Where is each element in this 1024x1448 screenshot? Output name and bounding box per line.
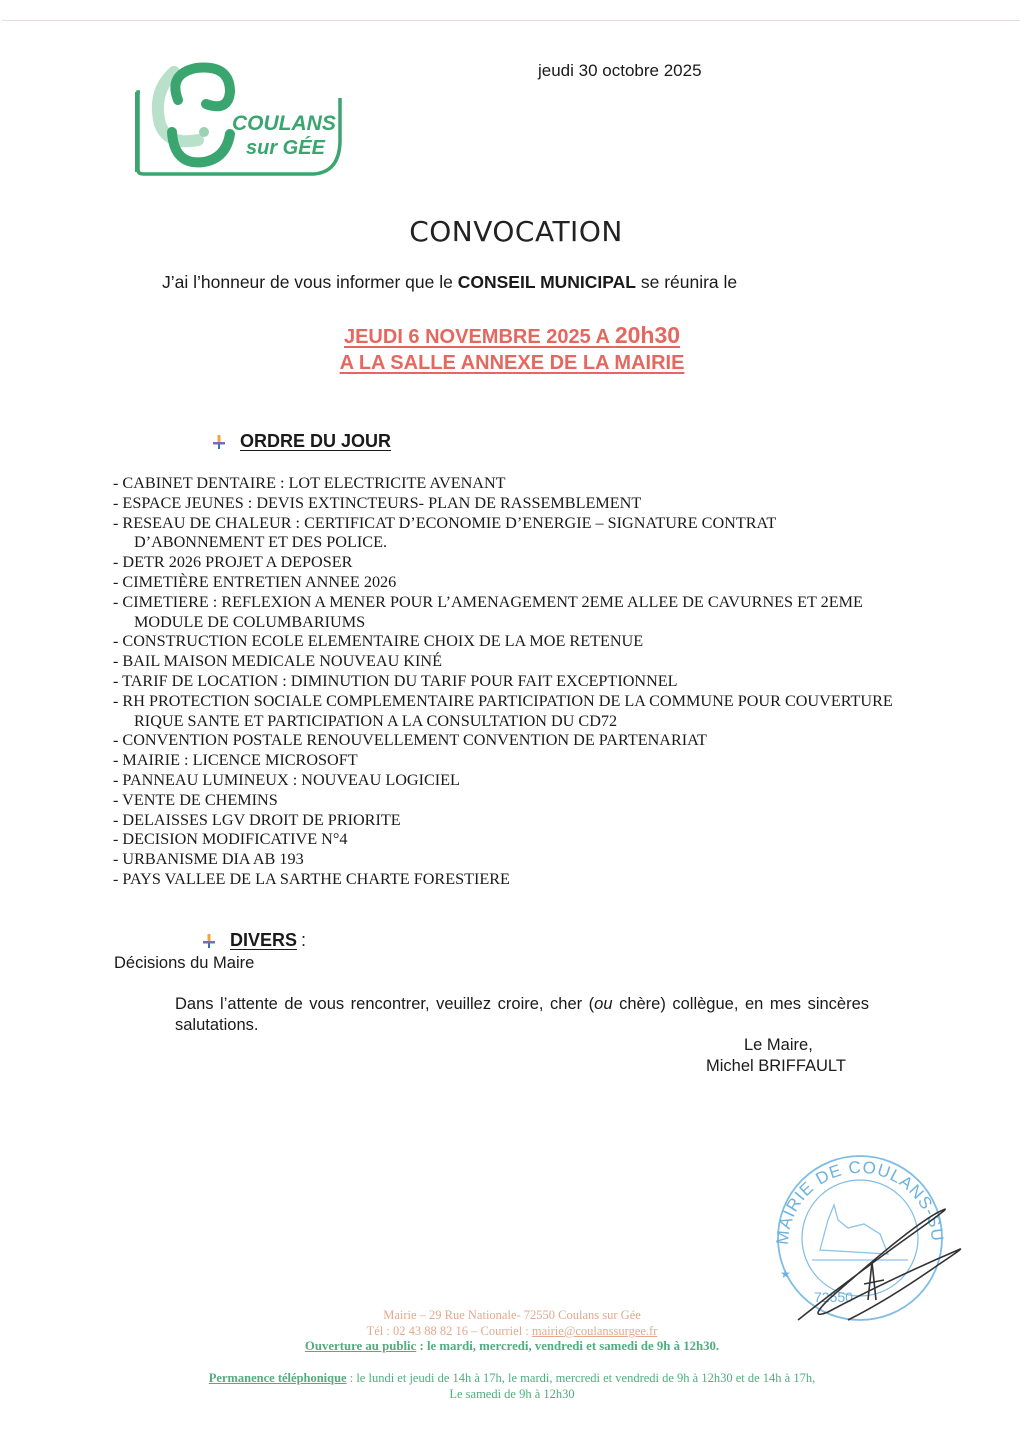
footer-address: Mairie – 29 Rue Nationale- 72550 Coulans… xyxy=(0,1308,1024,1323)
agenda-item: - DECISION MODIFICATIVE N°4 xyxy=(113,830,973,850)
agenda-item-continuation: D’ABONNEMENT ET DES POLICE. xyxy=(126,533,973,553)
svg-text:MAIRIE DE COULANS-SUR-GÉE: MAIRIE DE COULANS-SUR-GÉE xyxy=(768,1150,947,1245)
divers-body: Décisions du Maire xyxy=(114,954,254,973)
agenda-item-text: - VENTE DE CHEMINS xyxy=(113,791,278,809)
agenda-heading-label: ORDRE DU JOUR xyxy=(240,431,391,452)
top-rule xyxy=(2,20,1020,21)
divers-heading: DIVERS : xyxy=(202,930,306,951)
agenda-heading: ORDRE DU JOUR xyxy=(212,431,391,452)
intro-council: CONSEIL MUNICIPAL xyxy=(458,272,636,292)
footer-phone-hours: Permanence téléphonique : le lundi et je… xyxy=(0,1371,1024,1386)
official-stamp: MAIRIE DE COULANS-SUR-GÉE 72550 ★ xyxy=(768,1150,968,1330)
phone-hours-text: : le lundi et jeudi de 14h à 17h, le mar… xyxy=(347,1371,816,1385)
agenda-item: - BAIL MAISON MEDICALE NOUVEAU KINÉ xyxy=(113,652,973,672)
agenda-item-text: - CONVENTION POSTALE RENOUVELLEMENT CONV… xyxy=(113,731,707,749)
footer-saturday-hours: Le samedi de 9h à 12h30 xyxy=(0,1387,1024,1402)
agenda-item-text: - CONSTRUCTION ECOLE ELEMENTAIRE CHOIX D… xyxy=(113,632,643,650)
agenda-item-text: - PANNEAU LUMINEUX : NOUVEAU LOGICIEL xyxy=(113,771,460,789)
agenda-item: - CABINET DENTAIRE : LOT ELECTRICITE AVE… xyxy=(113,474,973,494)
meeting-time: 20h30 xyxy=(615,322,680,348)
agenda-item: - URBANISME DIA AB 193 xyxy=(113,850,973,870)
agenda-item: - VENTE DE CHEMINS xyxy=(113,791,973,811)
agenda-list: - CABINET DENTAIRE : LOT ELECTRICITE AVE… xyxy=(113,474,973,890)
agenda-item: - TARIF DE LOCATION : DIMINUTION DU TARI… xyxy=(113,672,973,692)
agenda-item: - CIMETIERE : REFLEXION A MENER POUR L’A… xyxy=(113,593,973,633)
svg-text:★: ★ xyxy=(780,1267,791,1281)
footer-opening-hours: Ouverture au public : le mardi, mercredi… xyxy=(0,1339,1024,1354)
agenda-item: - CONVENTION POSTALE RENOUVELLEMENT CONV… xyxy=(113,731,973,751)
pushpin-icon xyxy=(202,933,216,949)
agenda-item-text: - TARIF DE LOCATION : DIMINUTION DU TARI… xyxy=(113,672,678,690)
document-title: CONVOCATION xyxy=(0,215,1024,248)
footer-contact: Tél : 02 43 88 82 16 – Courriel : mairie… xyxy=(0,1324,1024,1339)
agenda-item-text: - CABINET DENTAIRE : LOT ELECTRICITE AVE… xyxy=(113,474,506,492)
agenda-item-text: - ESPACE JEUNES : DEVIS EXTINCTEURS- PLA… xyxy=(113,494,641,512)
svg-text:COULANS: COULANS xyxy=(232,112,336,135)
agenda-item-continuation: RIQUE SANTE ET PARTICIPATION A LA CONSUL… xyxy=(126,712,973,732)
divers-colon: : xyxy=(301,930,306,951)
agenda-item-text: - CIMETIERE : REFLEXION A MENER POUR L’A… xyxy=(113,593,863,611)
stamp-text: MAIRIE DE COULANS-SUR-GÉE xyxy=(768,1150,947,1245)
agenda-item-text: - DECISION MODIFICATIVE N°4 xyxy=(113,830,347,848)
agenda-item-text: - DETR 2026 PROJET A DEPOSER xyxy=(113,553,352,571)
signatory-name: Michel BRIFFAULT xyxy=(706,1057,846,1076)
svg-text:sur GÉE: sur GÉE xyxy=(246,136,326,159)
agenda-item-text: - PAYS VALLEE DE LA SARTHE CHARTE FOREST… xyxy=(113,870,510,888)
intro-after: se réunira le xyxy=(636,272,737,292)
agenda-item: - PAYS VALLEE DE LA SARTHE CHARTE FOREST… xyxy=(113,870,973,890)
logo-graphic: COULANS sur GÉE xyxy=(134,62,344,178)
opening-text: : le mardi, mercredi, vendredi et samedi… xyxy=(416,1339,719,1353)
intro-before: J’ai l’honneur de vous informer que le xyxy=(162,272,458,292)
agenda-item: - RH PROTECTION SOCIALE COMPLEMENTAIRE P… xyxy=(113,692,973,732)
agenda-item-text: - MAIRIE : LICENCE MICROSOFT xyxy=(113,751,358,769)
agenda-item: - ESPACE JEUNES : DEVIS EXTINCTEURS- PLA… xyxy=(113,494,973,514)
meeting-datetime: JEUDI 6 NOVEMBRE 2025 A 20h30 xyxy=(0,322,1024,349)
document-date: jeudi 30 octobre 2025 xyxy=(538,61,702,81)
agenda-item-text: - CIMETIÈRE ENTRETIEN ANNEE 2026 xyxy=(113,573,396,591)
coulans-logo: COULANS sur GÉE xyxy=(134,62,344,178)
agenda-item: - CONSTRUCTION ECOLE ELEMENTAIRE CHOIX D… xyxy=(113,632,973,652)
agenda-item-text: - RH PROTECTION SOCIALE COMPLEMENTAIRE P… xyxy=(113,692,893,710)
agenda-item-text: - URBANISME DIA AB 193 xyxy=(113,850,304,868)
agenda-item: - DETR 2026 PROJET A DEPOSER xyxy=(113,553,973,573)
agenda-item-text: - BAIL MAISON MEDICALE NOUVEAU KINÉ xyxy=(113,652,442,670)
pushpin-icon xyxy=(212,434,226,450)
divers-heading-label: DIVERS xyxy=(230,930,297,951)
meeting-place: A LA SALLE ANNEXE DE LA MAIRIE xyxy=(0,352,1024,375)
agenda-item: - CIMETIÈRE ENTRETIEN ANNEE 2026 xyxy=(113,573,973,593)
opening-label: Ouverture au public xyxy=(305,1339,416,1353)
closing-italic: ou xyxy=(594,995,612,1013)
phone-hours-label: Permanence téléphonique xyxy=(209,1371,347,1385)
signatory-title: Le Maire, xyxy=(744,1036,813,1055)
meeting-date: JEUDI 6 NOVEMBRE 2025 A xyxy=(344,326,615,348)
agenda-item-continuation: MODULE DE COLUMBARIUMS xyxy=(126,613,973,633)
intro-text: J’ai l’honneur de vous informer que le C… xyxy=(162,272,737,293)
closing-paragraph: Dans l’attente de vous rencontrer, veuil… xyxy=(175,994,869,1036)
agenda-item: - RESEAU DE CHALEUR : CERTIFICAT D’ECONO… xyxy=(113,514,973,554)
footer-email-link[interactable]: mairie@coulanssurgee.fr xyxy=(532,1324,657,1338)
agenda-item: - PANNEAU LUMINEUX : NOUVEAU LOGICIEL xyxy=(113,771,973,791)
agenda-item: - DELAISSES LGV DROIT DE PRIORITE xyxy=(113,811,973,831)
footer-phone: Tél : 02 43 88 82 16 – Courriel : xyxy=(367,1324,532,1338)
agenda-item-text: - DELAISSES LGV DROIT DE PRIORITE xyxy=(113,811,401,829)
closing-before: Dans l’attente de vous rencontrer, veuil… xyxy=(175,995,594,1013)
agenda-item: - MAIRIE : LICENCE MICROSOFT xyxy=(113,751,973,771)
agenda-item-text: - RESEAU DE CHALEUR : CERTIFICAT D’ECONO… xyxy=(113,514,776,532)
